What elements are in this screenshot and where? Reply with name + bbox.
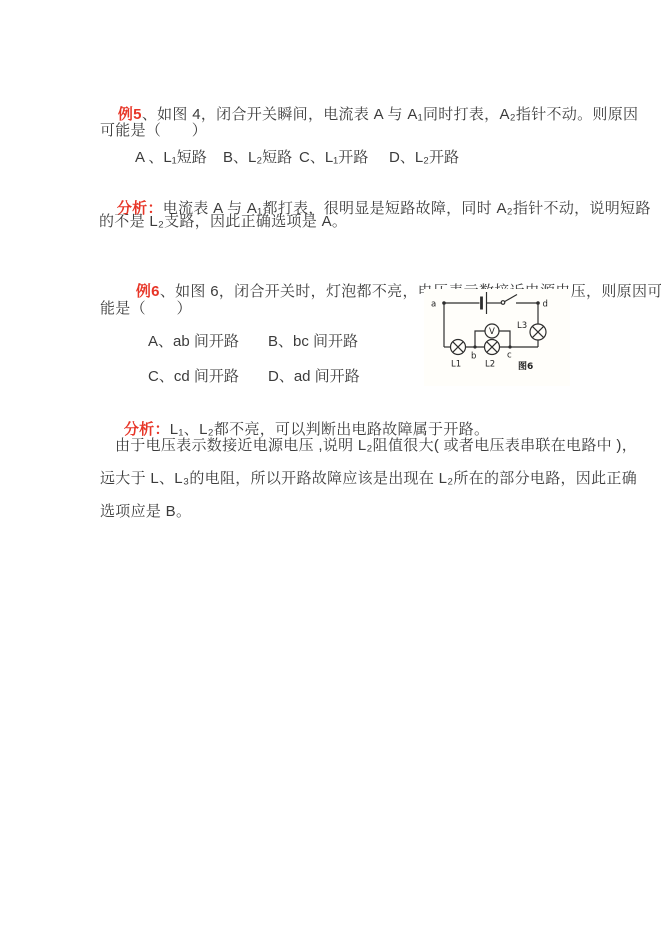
- example5-option-a: A 、L₁短路: [135, 149, 207, 167]
- label-b: b: [471, 352, 476, 362]
- lamp-l3-icon: [530, 324, 546, 340]
- example6-analysis-label: 分析：: [124, 421, 170, 438]
- example6-option-b: B、bc 间开路: [268, 333, 358, 351]
- lamp-l1-icon: [451, 340, 466, 355]
- circuit-svg: V a d L3 b c L1 L2 图6: [424, 289, 570, 386]
- document-page: 例5、如图 4，闭合开关瞬间，电流表 A 与 A₁同时打表，A₂指针不动。则原因…: [0, 0, 661, 935]
- example5-option-d: D、L₂开路: [389, 149, 459, 167]
- example6-analysis-line4: 选项应是 B。: [100, 503, 191, 521]
- example5-option-b: B、L₂短路: [223, 149, 292, 167]
- battery-icon: [482, 292, 487, 314]
- node-a: [442, 301, 446, 305]
- example6-option-d: D、ad 间开路: [268, 368, 360, 386]
- circuit-diagram-figure6: V a d L3 b c L1 L2 图6: [424, 289, 570, 386]
- example5-analysis-line2: 的不是 L₂支路，因此正确选项是 A。: [99, 213, 347, 231]
- example6-analysis-text1: L₁、L₂都不亮，可以判断出电路故障属于开路。: [170, 421, 489, 438]
- label-l3: L3: [517, 321, 527, 331]
- example6-analysis-line2: 由于电压表示数接近电源电压 ,说明 L₂阻值很大( 或者电压表串联在电路中 )，: [115, 437, 637, 455]
- example5-label: 例5: [118, 106, 142, 123]
- example5-option-c: C、L₁开路: [299, 149, 368, 167]
- example5-options: A 、L₁短路 B、L₂短路 C、L₁开路 D、L₂开路: [135, 149, 615, 169]
- label-l2: L2: [485, 360, 495, 370]
- voltmeter-label: V: [489, 327, 495, 337]
- label-l1: L1: [451, 360, 461, 370]
- voltmeter-icon: V: [485, 324, 499, 338]
- wire-voltmeter-right: [499, 331, 510, 347]
- example6-option-a: A、ab 间开路: [148, 333, 239, 351]
- label-a: a: [431, 300, 436, 310]
- example5-question-line2: 可能是（ ）: [100, 122, 207, 140]
- node-d: [536, 301, 540, 305]
- wire-voltmeter-left: [475, 331, 485, 347]
- example6-analysis-line3: 远大于 L、L₃的电阻，所以开路故障应该是出现在 L₂所在的部分电路，因此正确: [100, 470, 637, 488]
- node-c: [508, 345, 511, 348]
- example6-question-line2: 能是（ ）: [100, 300, 192, 318]
- lamp-l2-icon: [485, 340, 500, 355]
- example5-question-line1: 、如图 4，闭合开关瞬间，电流表 A 与 A₁同时打表，A₂指针不动。则原因: [142, 106, 639, 123]
- example6-heading: 例6、如图 6，闭合开关时，灯泡都不亮，电压表示数接近电源电压，则原因可: [118, 265, 661, 319]
- node-b: [473, 345, 476, 348]
- label-d: d: [543, 300, 548, 310]
- example6-question-line1: 、如图 6，闭合开关时，灯泡都不亮，电压表示数接近电源电压，则原因可: [160, 283, 661, 300]
- example6-label: 例6: [136, 283, 160, 300]
- label-c: c: [507, 351, 512, 361]
- switch-icon: [501, 295, 517, 305]
- figure-caption: 图6: [518, 360, 533, 372]
- example6-option-c: C、cd 间开路: [148, 368, 239, 386]
